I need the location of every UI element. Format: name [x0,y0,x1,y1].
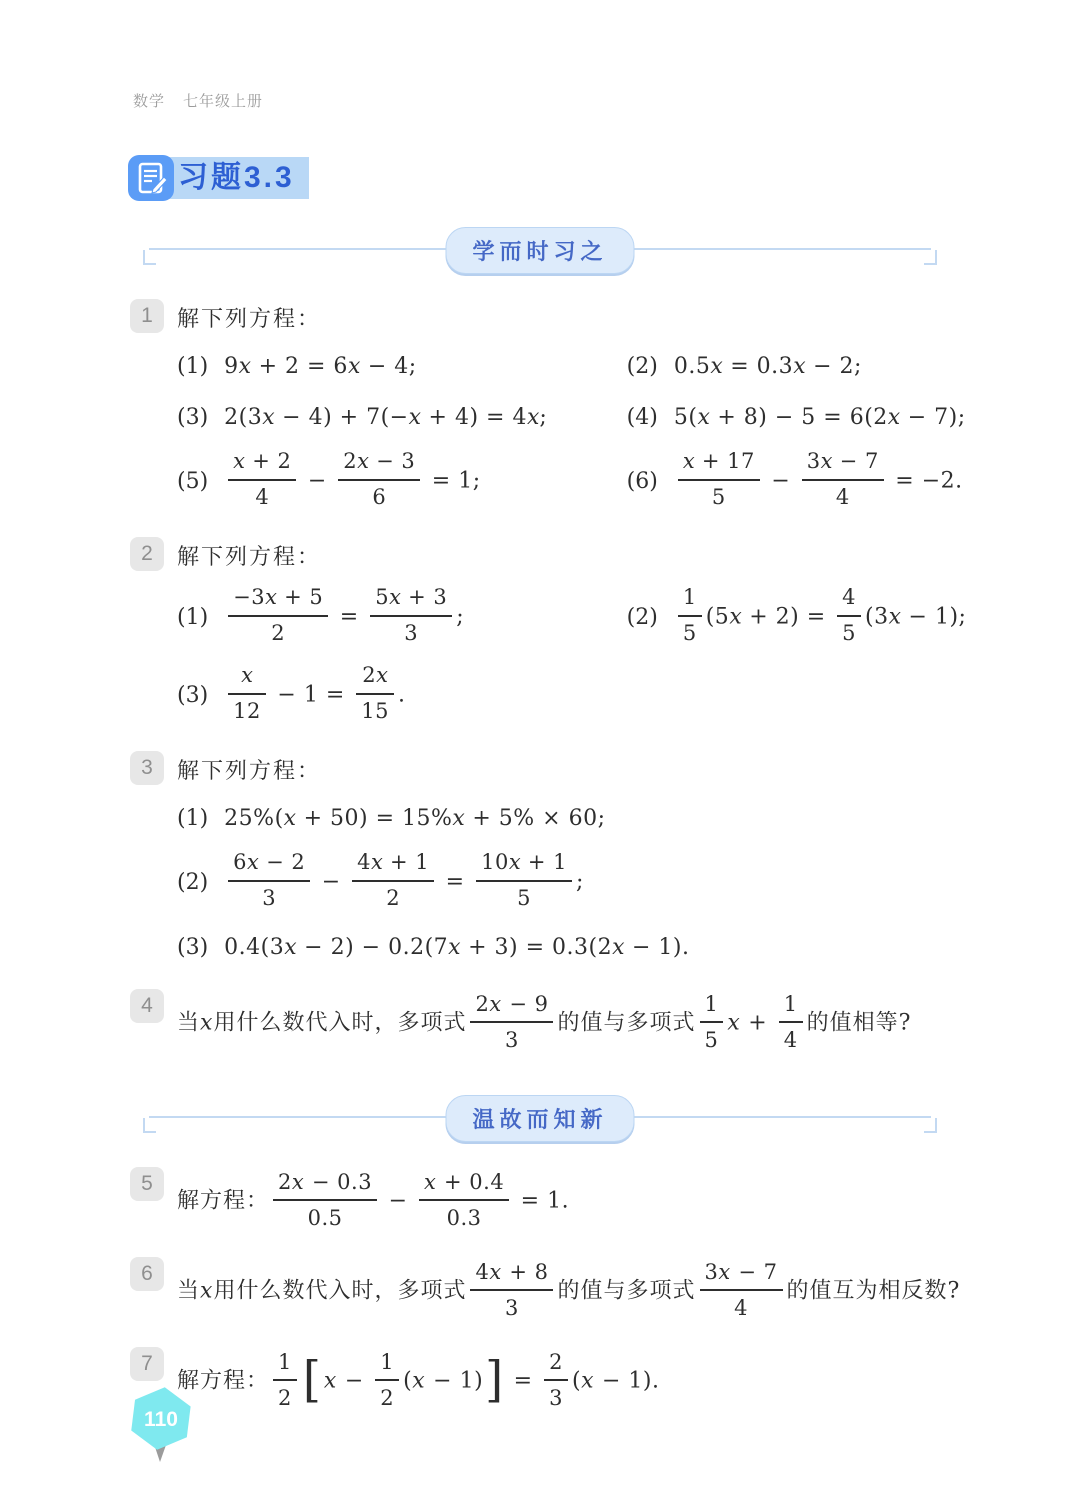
equation-item: (3)2(3x − 4) + 7(−x + 4) = 4x; [177,399,627,435]
math-variable: x [200,1278,213,1303]
math-variable: x [710,354,722,379]
math-run: −3 [233,585,265,609]
fraction: −3x + 52 [228,584,328,647]
math-run: 2 [549,1350,563,1374]
problem-5: 5解方程：2x − 0.30.5 − x + 0.40.3 = 1. [130,1167,980,1233]
math-run: − 7 [833,449,879,473]
equation-item: (1)25%(x + 50) = 15%x + 5% × 60; [177,800,980,836]
equation: x + 175 − 3x − 74 = −2. [674,450,963,513]
fraction-denominator: 5 [476,882,572,913]
equation: x12 − 1 = 2x15. [224,664,405,727]
math-variable: x [452,806,464,831]
fraction-numerator: 3x − 7 [802,448,884,481]
math-run: 0.4(3 [224,935,284,960]
math-run: 4 [475,1260,489,1284]
fraction-numerator: 3x − 7 [700,1258,783,1291]
equation: 9x + 2 = 6x − 4; [224,354,417,379]
equation-tag: (1) [177,806,208,831]
math-run: 5 [683,621,697,645]
equation-item: (1)9x + 2 = 6x − 4; [177,348,627,384]
fraction: 5x + 33 [370,584,452,647]
exercise-header: 习题3.3 [128,155,1080,201]
problem-body: 解方程：12[x − 12(x − 1)] = 23(x − 1). [177,1347,980,1413]
math-run: 4 [734,1296,748,1320]
math-run: 5 [705,1028,719,1052]
math-variable: x [348,354,360,379]
math-run: − 2 [259,850,305,874]
banner-title: 学而时习之 [445,227,634,274]
problem-body: 当x用什么数代入时，多项式2x − 93的值与多项式15x + 14的值相等? [177,989,980,1055]
math-run: + 1 [521,850,567,874]
math-run: = 1. [513,1188,569,1213]
text-run: 用什么数代入时，多项式 [213,1277,466,1302]
problem-number-badge: 5 [130,1167,164,1201]
math-run: 3 [505,1028,519,1052]
section-banner-2: 温故而知新 [135,1095,945,1141]
big-bracket: ] [485,1348,504,1409]
fraction-denominator: 3 [228,882,310,913]
fraction: 3x − 74 [700,1258,783,1321]
math-run: 4 [836,485,850,509]
page-number-badge: 110 [124,1382,200,1466]
math-run: 3 [262,886,276,910]
problem-label: 解下列方程： [177,540,980,571]
math-run: 2 [475,992,489,1016]
fraction-numerator: x + 0.4 [419,1168,509,1201]
fraction-numerator: 2x − 0.3 [273,1168,377,1201]
problem-3: 3解下列方程：(1)25%(x + 50) = 15%x + 5% × 60;(… [130,751,980,965]
math-run: 4 [357,850,371,874]
problem-4: 4当x用什么数代入时，多项式2x − 93的值与多项式15x + 14的值相等? [130,989,980,1055]
page-number: 110 [144,1408,178,1431]
fraction: 4x + 83 [470,1258,553,1321]
fraction-denominator: 5 [678,481,760,512]
equation-tag: (1) [177,605,208,630]
fraction-denominator: 4 [802,481,884,512]
math-variable: x [239,354,251,379]
math-run: 5 [842,621,856,645]
math-run: − 0.3 [305,1170,372,1194]
fraction: 6x − 23 [228,849,310,912]
math-run: 6 [233,850,247,874]
math-run: − 3 [369,449,415,473]
math-variable: x [424,1170,437,1194]
fraction: x + 24 [228,448,296,511]
math-variable: x [284,806,296,831]
textbook-page: 数学七年级上册 习题3.3 学而时习之 1解下列方程：(1)9x + 2 = 6… [0,0,1080,1504]
fraction-numerator: 2x − 9 [470,990,553,1023]
text-run: 的值相等 [807,1009,899,1034]
problem-number-badge: 3 [130,751,164,785]
fraction: 15 [700,990,724,1053]
fraction-denominator: 3 [370,617,452,648]
math-run: 1 [380,1350,394,1374]
math-run: 15 [361,699,389,723]
problem-7: 7解方程：12[x − 12(x − 1)] = 23(x − 1). [130,1347,980,1413]
math-run: 0.3 [447,1206,482,1230]
math-run: − 7 [731,1260,777,1284]
math-run: ( [403,1368,412,1393]
math-run: 2 [343,449,357,473]
math-run: − 1). [595,1368,660,1393]
fraction-numerator: 1 [779,990,803,1023]
fraction-denominator: 2 [273,1381,297,1412]
fraction-denominator: 5 [678,617,702,648]
math-run: + 0.4 [437,1170,504,1194]
problem-label: 解下列方程： [177,754,980,785]
math-run: (3 [865,605,889,630]
banner-title: 温故而知新 [445,1095,634,1142]
equation-item: (5)x + 24 − 2x − 36 = 1; [177,450,627,513]
text-run: 的值互为相反数 [787,1277,948,1302]
equation: 0.4(3x − 2) − 0.2(7x + 3) = 0.3(2x − 1). [224,935,689,960]
equation: 0.5x = 0.3x − 2; [674,354,862,379]
math-run: = [332,605,366,630]
fraction-numerator: 4x + 1 [352,849,434,882]
fraction: x + 0.40.3 [419,1168,509,1231]
fraction: 23 [544,1348,568,1411]
fraction-denominator: 2 [352,882,434,913]
math-run: 2 [380,1386,394,1410]
fraction: 10x + 15 [476,849,572,912]
math-variable: x [409,405,421,430]
problems-section-1: 1解下列方程：(1)9x + 2 = 6x − 4;(2)0.5x = 0.3x… [130,299,980,1055]
fraction-denominator: 5 [837,617,861,648]
fraction-numerator: −3x + 5 [228,584,328,617]
math-run: + 4) = 4 [421,405,527,430]
math-run: − 1) [426,1368,484,1393]
equation-item: (2)6x − 23 − 4x + 12 = 10x + 15; [177,851,980,914]
problem-body: 当x用什么数代入时，多项式4x + 83的值与多项式3x − 74的值互为相反数… [177,1257,980,1323]
fraction: 12 [273,1348,297,1411]
math-run: 1 [683,585,697,609]
math-run: 4 [784,1028,798,1052]
problem-number-badge: 4 [130,989,164,1023]
text-run: 当 [177,1009,200,1034]
fraction-numerator: 4 [837,584,861,617]
problem-6: 6当x用什么数代入时，多项式4x + 83的值与多项式3x − 74的值互为相反… [130,1257,980,1323]
fraction-numerator: 6x − 2 [228,849,310,882]
math-run: = [506,1368,540,1393]
equation: −3x + 52 = 5x + 33; [224,586,464,649]
math-variable: x [262,405,274,430]
math-variable: x [697,405,709,430]
equation-tag: (2) [627,605,658,630]
fraction-denominator: 15 [356,695,394,726]
math-variable: x [324,1368,337,1393]
fraction-denominator: 5 [700,1023,724,1054]
math-variable: x [527,405,539,430]
equation-grid: (1)9x + 2 = 6x − 4;(2)0.5x = 0.3x − 2;(3… [177,348,980,513]
equation-tag: (6) [627,469,658,494]
banner-end-hook-right [924,250,937,265]
problem-1: 1解下列方程：(1)9x + 2 = 6x − 4;(2)0.5x = 0.3x… [130,299,980,513]
math-run: 3 [404,621,418,645]
math-variable: x [292,1170,305,1194]
math-run: ; [456,605,464,630]
math-run: 12 [233,699,261,723]
math-run: 2(3 [224,405,262,430]
math-run: + 5 [277,585,323,609]
math-run: − 1). [625,935,690,960]
math-run: + 8 [502,1260,548,1284]
exercise-title: 习题3.3 [168,157,309,199]
math-variable: x [683,449,695,473]
math-variable: x [284,935,296,960]
text-run: 用什么数代入时，多项式 [213,1009,466,1034]
math-run: 2 [362,663,376,687]
text-run: 的值与多项式 [557,1277,695,1302]
math-run: + 8) − 5 = 6(2 [710,405,888,430]
problem-body: 解下列方程：(1)−3x + 52 = 5x + 33;(2)15(5x + 2… [177,537,980,727]
fraction: 4x + 12 [352,849,434,912]
math-variable: x [247,850,259,874]
math-run: + 5% × 60; [465,806,606,831]
fraction-denominator: 4 [779,1023,803,1054]
math-run: 0.5 [308,1206,343,1230]
fraction: 2x15 [356,662,394,725]
math-run: 4 [842,585,856,609]
math-run: + 2 [245,449,291,473]
math-variable: x [233,449,245,473]
math-variable: x [357,449,369,473]
fraction-denominator: 4 [228,481,296,512]
fraction: 2x − 0.30.5 [273,1168,377,1231]
math-run: ; [576,870,584,895]
math-run: − 7); [900,405,965,430]
math-run: ? [948,1278,960,1303]
math-run: − [337,1368,371,1393]
equation: 5(x + 8) − 5 = 6(2x − 7); [674,405,966,430]
section-banner-1: 学而时习之 [135,227,945,273]
math-run: + 3) = 0.3(2 [461,935,613,960]
problem-body: 解下列方程：(1)9x + 2 = 6x − 4;(2)0.5x = 0.3x … [177,299,980,513]
math-variable: x [888,405,900,430]
math-variable: x [509,850,521,874]
math-run: ; [539,405,547,430]
equation-tag: (3) [177,935,208,960]
math-run: = 0.3 [723,354,793,379]
fraction-numerator: 1 [678,584,702,617]
math-run: + 2) = [742,605,833,630]
math-run: 10 [481,850,509,874]
math-run: . [398,683,406,708]
math-run: 9 [224,354,239,379]
math-run: 1 [278,1350,292,1374]
equation-tag: (2) [627,354,658,379]
equation-grid: (1)25%(x + 50) = 15%x + 5% × 60;(2)6x − … [177,800,980,965]
fraction-denominator: 12 [228,695,266,726]
math-run: 25%( [224,806,283,831]
problem-label: 解下列方程： [177,302,980,333]
equation: 6x − 23 − 4x + 12 = 10x + 15; [224,851,584,914]
equation-item: (2)0.5x = 0.3x − 2; [627,348,980,384]
equation: 15(5x + 2) = 45(3x − 1); [674,586,967,649]
problem-statement: 解方程：2x − 0.30.5 − x + 0.40.3 = 1. [177,1170,980,1233]
math-variable: x [727,1010,740,1035]
math-variable: x [793,354,805,379]
math-run: + [741,1010,775,1035]
math-run: 3 [549,1386,563,1410]
problem-statement: 当x用什么数代入时，多项式4x + 83的值与多项式3x − 74的值互为相反数… [177,1260,980,1323]
fraction-numerator: 4x + 8 [470,1258,553,1291]
fraction-denominator: 4 [700,1291,783,1322]
equation-tag: (2) [177,870,208,895]
fraction-denominator: 2 [375,1381,399,1412]
math-run: 3 [807,449,821,473]
math-run: + 17 [695,449,755,473]
problem-statement: 解方程：12[x − 12(x − 1)] = 23(x − 1). [177,1350,980,1413]
math-run: − [764,469,798,494]
math-run: − [314,870,348,895]
math-variable: x [729,605,741,630]
problem-number-badge: 7 [130,1347,164,1381]
banner-end-hook-left [143,1118,156,1133]
math-run: − 2) − 0.2(7 [297,935,449,960]
equation-grid: (1)−3x + 52 = 5x + 33;(2)15(5x + 2) = 45… [177,586,980,727]
math-run: 3 [505,1296,519,1320]
math-run: + 2 = 6 [251,354,348,379]
fraction-numerator: 1 [375,1348,399,1381]
math-variable: x [889,605,901,630]
math-run: ( [572,1368,581,1393]
fraction: 12 [375,1348,399,1411]
problem-statement: 当x用什么数代入时，多项式2x − 93的值与多项式15x + 14的值相等? [177,992,980,1055]
math-run: 2 [271,621,285,645]
problems-section-2: 5解方程：2x − 0.30.5 − x + 0.40.3 = 1.6当x用什么… [130,1167,980,1413]
equation: x + 24 − 2x − 36 = 1; [224,450,480,513]
math-run: 5( [674,405,698,430]
equation-item: (3)0.4(3x − 2) − 0.2(7x + 3) = 0.3(2x − … [177,929,980,965]
equation-item: (3)x12 − 1 = 2x15. [177,664,627,727]
equation-tag: (3) [177,683,208,708]
math-run: 1 [705,992,719,1016]
fraction: 45 [837,584,861,647]
math-run: 3 [705,1260,719,1284]
fraction-denominator: 0.5 [273,1201,377,1232]
problem-number-badge: 2 [130,537,164,571]
banner-end-hook-right [924,1118,937,1133]
math-variable: x [821,449,833,473]
math-run: − 1 = [270,683,352,708]
math-variable: x [612,935,624,960]
math-run: 2 [386,886,400,910]
fraction-numerator: 2 [544,1348,568,1381]
math-variable: x [389,585,401,609]
math-variable: x [412,1368,425,1393]
fraction-numerator: 2x − 3 [338,448,420,481]
fraction: x + 175 [678,448,760,511]
math-run: − 2; [806,354,862,379]
math-variable: x [718,1260,731,1284]
problem-2: 2解下列方程：(1)−3x + 52 = 5x + 33;(2)15(5x + … [130,537,980,727]
fraction-numerator: x [228,662,266,695]
math-run: 2 [278,1386,292,1410]
equation-tag: (5) [177,469,208,494]
big-bracket: [ [303,1348,322,1409]
equation: 25%(x + 50) = 15%x + 5% × 60; [224,806,605,831]
fraction-numerator: x + 2 [228,448,296,481]
book-subject: 数学 [133,93,165,110]
equation-item: (6)x + 175 − 3x − 74 = −2. [627,450,980,513]
fraction-denominator: 0.3 [419,1201,509,1232]
equation-tag: (3) [177,405,208,430]
math-variable: x [241,663,253,687]
math-run: 6 [372,485,386,509]
equation-item: (2)15(5x + 2) = 45(3x − 1); [627,586,980,649]
math-run: = −2. [888,469,963,494]
fraction-denominator: 2 [228,617,328,648]
math-variable: x [200,1010,213,1035]
fraction-numerator: 2x [356,662,394,695]
fraction: 14 [779,990,803,1053]
math-run: 1 [784,992,798,1016]
equation-item: (4)5(x + 8) − 5 = 6(2x − 7); [627,399,980,435]
math-run: (5 [706,605,730,630]
math-run: 5 [712,485,726,509]
equation-item: (1)−3x + 52 = 5x + 33; [177,586,627,649]
fraction-denominator: 3 [544,1381,568,1412]
math-run: = [438,870,472,895]
fraction: 2x − 36 [338,448,420,511]
fraction-numerator: 5x + 3 [370,584,452,617]
equation-tag: (4) [627,405,658,430]
math-variable: x [371,850,383,874]
math-run: + 3 [401,585,447,609]
fraction-denominator: 3 [470,1023,553,1054]
math-variable: x [489,1260,502,1284]
problem-body: 解方程：2x − 0.30.5 − x + 0.40.3 = 1. [177,1167,980,1233]
fraction: 3x − 74 [802,448,884,511]
math-run: = 1; [424,469,480,494]
fraction-numerator: 1 [273,1348,297,1381]
problem-body: 解下列方程：(1)25%(x + 50) = 15%x + 5% × 60;(2… [177,751,980,965]
text-run: 的值与多项式 [557,1009,695,1034]
math-run: 0.5 [674,354,711,379]
math-run: − 1); [901,605,966,630]
math-run: ? [899,1010,911,1035]
math-run: 5 [375,585,389,609]
math-run: + 1 [383,850,429,874]
math-variable: x [265,585,277,609]
math-run: − 9 [502,992,548,1016]
math-variable: x [448,935,460,960]
fraction-denominator: 6 [338,481,420,512]
math-run: + 50) = 15% [296,806,452,831]
math-run: 4 [255,485,269,509]
fraction: 2x − 93 [470,990,553,1053]
math-run: 5 [517,886,531,910]
fraction-denominator: 3 [470,1291,553,1322]
banner-end-hook-left [143,250,156,265]
math-variable: x [489,992,502,1016]
fraction-numerator: x + 17 [678,448,760,481]
book-header: 数学七年级上册 [133,90,1080,111]
book-volume: 七年级上册 [183,93,263,110]
fraction: x12 [228,662,266,725]
math-variable: x [581,1368,594,1393]
math-run: − [300,469,334,494]
problem-number-badge: 6 [130,1257,164,1291]
math-run: − 4; [360,354,416,379]
notebook-pencil-icon [128,155,174,201]
math-run: 2 [278,1170,292,1194]
math-variable: x [376,663,388,687]
equation-tag: (1) [177,354,208,379]
math-run: − [381,1188,415,1213]
equation: 2(3x − 4) + 7(−x + 4) = 4x; [224,405,547,430]
fraction-numerator: 1 [700,990,724,1023]
